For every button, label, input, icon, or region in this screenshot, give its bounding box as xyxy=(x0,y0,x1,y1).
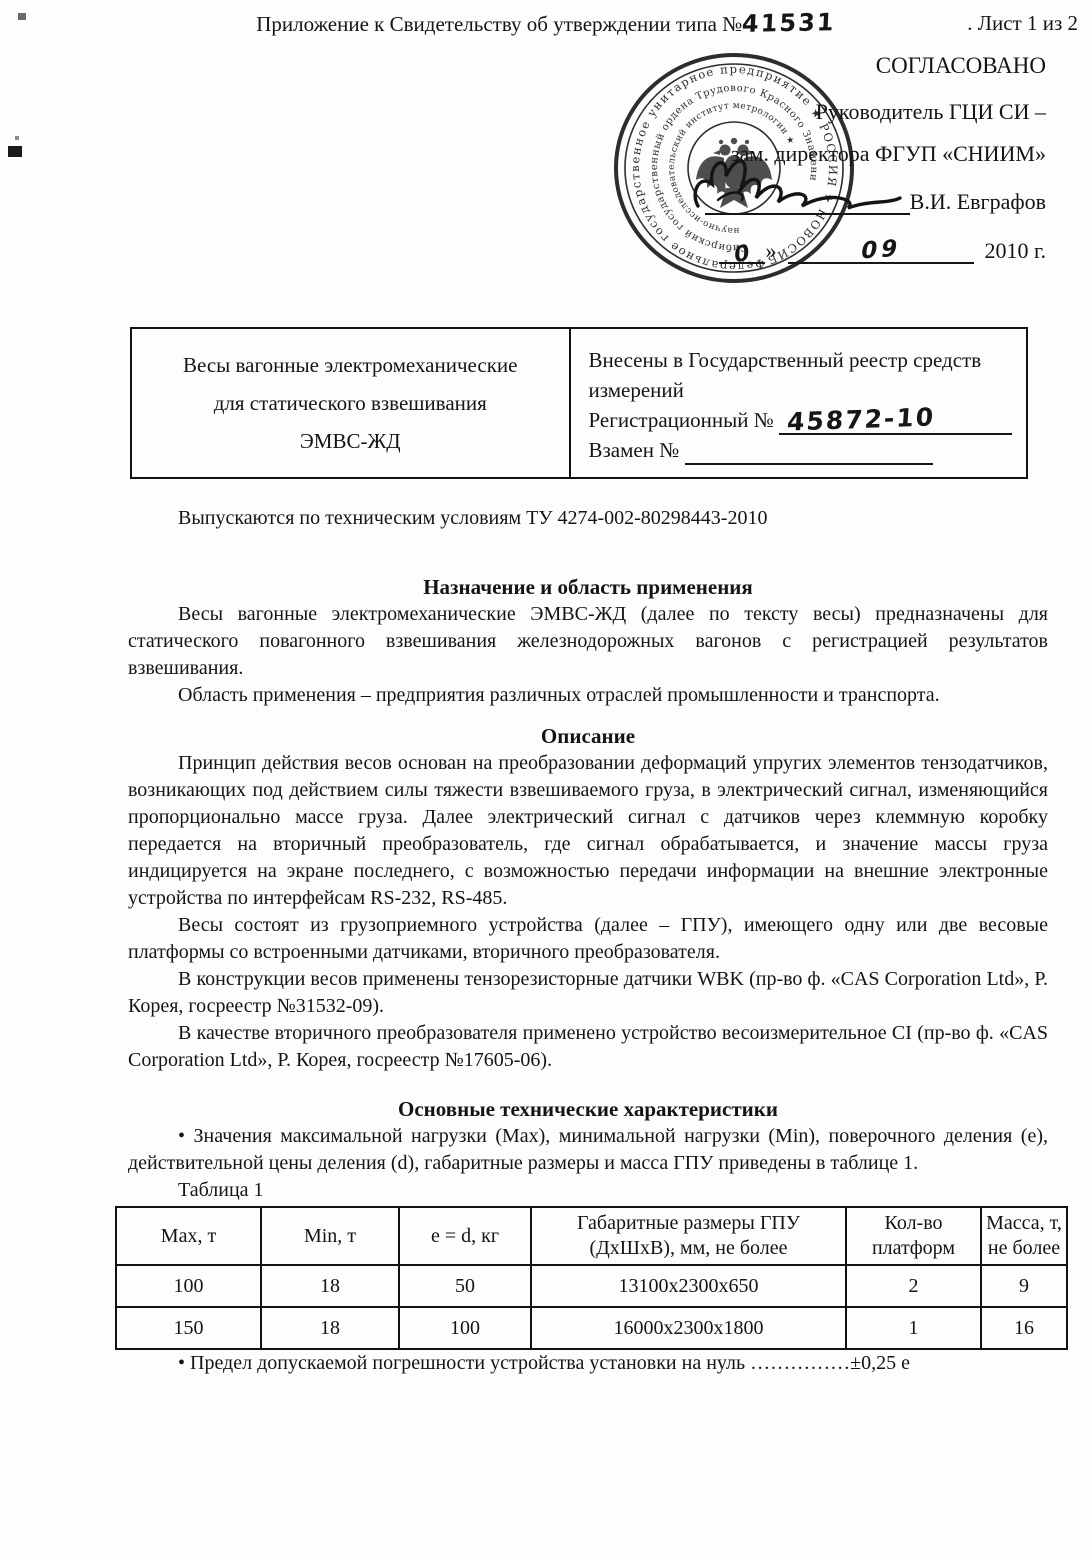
device-name-cell: Весы вагонные электромеханические для ст… xyxy=(132,329,571,477)
registration-number-field: 45872-10 xyxy=(779,405,1012,435)
purpose-paragraph-1: Весы вагонные электромеханические ЭМВС-Ж… xyxy=(128,601,1048,682)
description-paragraph-1: Принцип действия весов основан на преобр… xyxy=(128,750,1048,912)
replace-number-field xyxy=(685,441,933,465)
description-paragraph-4: В качестве вторичного преобразователя пр… xyxy=(128,1020,1048,1074)
col-min: Min, т xyxy=(261,1207,399,1265)
section-title-purpose: Назначение и область применения xyxy=(128,574,1048,601)
year-label: 2010 г. xyxy=(984,238,1046,263)
device-name-line3: ЭМВС-ЖД xyxy=(300,422,401,460)
table1-label: Таблица 1 xyxy=(128,1177,1048,1204)
cell-platforms: 1 xyxy=(846,1307,981,1349)
day-slot: 0 xyxy=(719,240,765,264)
cell-dimensions: 13100х2300х650 xyxy=(531,1265,846,1307)
agreed-heading: СОГЛАСОВАНО xyxy=(876,52,1046,79)
registry-cell: Внесены в Государственный реестр средств… xyxy=(571,329,1027,477)
cell-max: 100 xyxy=(116,1265,261,1307)
cell-mass: 16 xyxy=(981,1307,1067,1349)
produced-line: Выпускаются по техническим условиям ТУ 4… xyxy=(128,505,1048,532)
type-number-handwritten: 41531 xyxy=(742,9,837,38)
quote-close: » xyxy=(765,238,776,263)
replace-label: Взамен № xyxy=(589,438,680,462)
cell-e-d: 50 xyxy=(399,1265,531,1307)
col-e-d: е = d, кг xyxy=(399,1207,531,1265)
cell-platforms: 2 xyxy=(846,1265,981,1307)
cell-mass: 9 xyxy=(981,1265,1067,1307)
cell-dimensions: 16000х2300х1800 xyxy=(531,1307,846,1349)
scan-speck xyxy=(15,136,19,140)
month-handwritten: 09 xyxy=(859,235,904,265)
table-row: 150 18 100 16000х2300х1800 1 16 xyxy=(116,1307,1067,1349)
appendix-label: Приложение к Свидетельству об утверждени… xyxy=(256,12,742,36)
cell-e-d: 100 xyxy=(399,1307,531,1349)
date-row: 0»092010 г. xyxy=(719,236,1046,264)
cell-min: 18 xyxy=(261,1307,399,1349)
description-paragraph-2: Весы состоят из грузоприемного устройств… xyxy=(128,912,1048,966)
document-body: Выпускаются по техническим условиям ТУ 4… xyxy=(128,505,1048,1377)
registration-number-handwritten: 45872-10 xyxy=(786,402,936,437)
signatory-name: В.И. Евграфов xyxy=(910,189,1046,214)
registry-entered-text: Внесены в Государственный реестр средств… xyxy=(589,345,1013,405)
specs-bullet-1: • Значения максимальной нагрузки (Мах), … xyxy=(128,1123,1048,1177)
table-header-row: Мах, т Min, т е = d, кг Габаритные разме… xyxy=(116,1207,1067,1265)
cell-max: 150 xyxy=(116,1307,261,1349)
registry-info-box: Весы вагонные электромеханические для ст… xyxy=(130,327,1028,479)
table1: Мах, т Min, т е = d, кг Габаритные разме… xyxy=(115,1206,1068,1350)
table-row: 100 18 50 13100х2300х650 2 9 xyxy=(116,1265,1067,1307)
month-slot: 09 xyxy=(788,236,974,264)
sheet-number: . Лист 1 из 2 xyxy=(967,10,1078,37)
device-name-line2: для статического взвешивания xyxy=(214,384,487,422)
description-paragraph-3: В конструкции весов применены тензорезис… xyxy=(128,966,1048,1020)
cell-min: 18 xyxy=(261,1265,399,1307)
approver-position-line1: Руководитель ГЦИ СИ – xyxy=(816,98,1046,125)
replace-number-line: Взамен № xyxy=(589,435,1013,465)
handwritten-signature xyxy=(688,148,923,228)
purpose-paragraph-2: Область применения – предприятия различн… xyxy=(128,682,1048,709)
document-page: Приложение к Свидетельству об утверждени… xyxy=(0,0,1092,1560)
col-mass: Масса, т, не более xyxy=(981,1207,1067,1265)
document-header: Приложение к Свидетельству об утверждени… xyxy=(0,10,1092,38)
section-title-description: Описание xyxy=(128,723,1048,750)
col-max: Мах, т xyxy=(116,1207,261,1265)
col-dimensions: Габаритные размеры ГПУ (ДхШхВ), мм, не б… xyxy=(531,1207,846,1265)
section-title-specs: Основные технические характеристики xyxy=(128,1096,1048,1123)
registration-number-line: Регистрационный № 45872-10 xyxy=(589,405,1013,435)
registration-label: Регистрационный № xyxy=(589,408,774,432)
col-platforms: Кол-во платформ xyxy=(846,1207,981,1265)
device-name-line1: Весы вагонные электромеханические xyxy=(183,346,517,384)
specs-bullet-2: • Предел допускаемой погрешности устройс… xyxy=(128,1350,1048,1377)
day-handwritten: 0 xyxy=(733,240,751,270)
scan-speck xyxy=(8,146,22,157)
